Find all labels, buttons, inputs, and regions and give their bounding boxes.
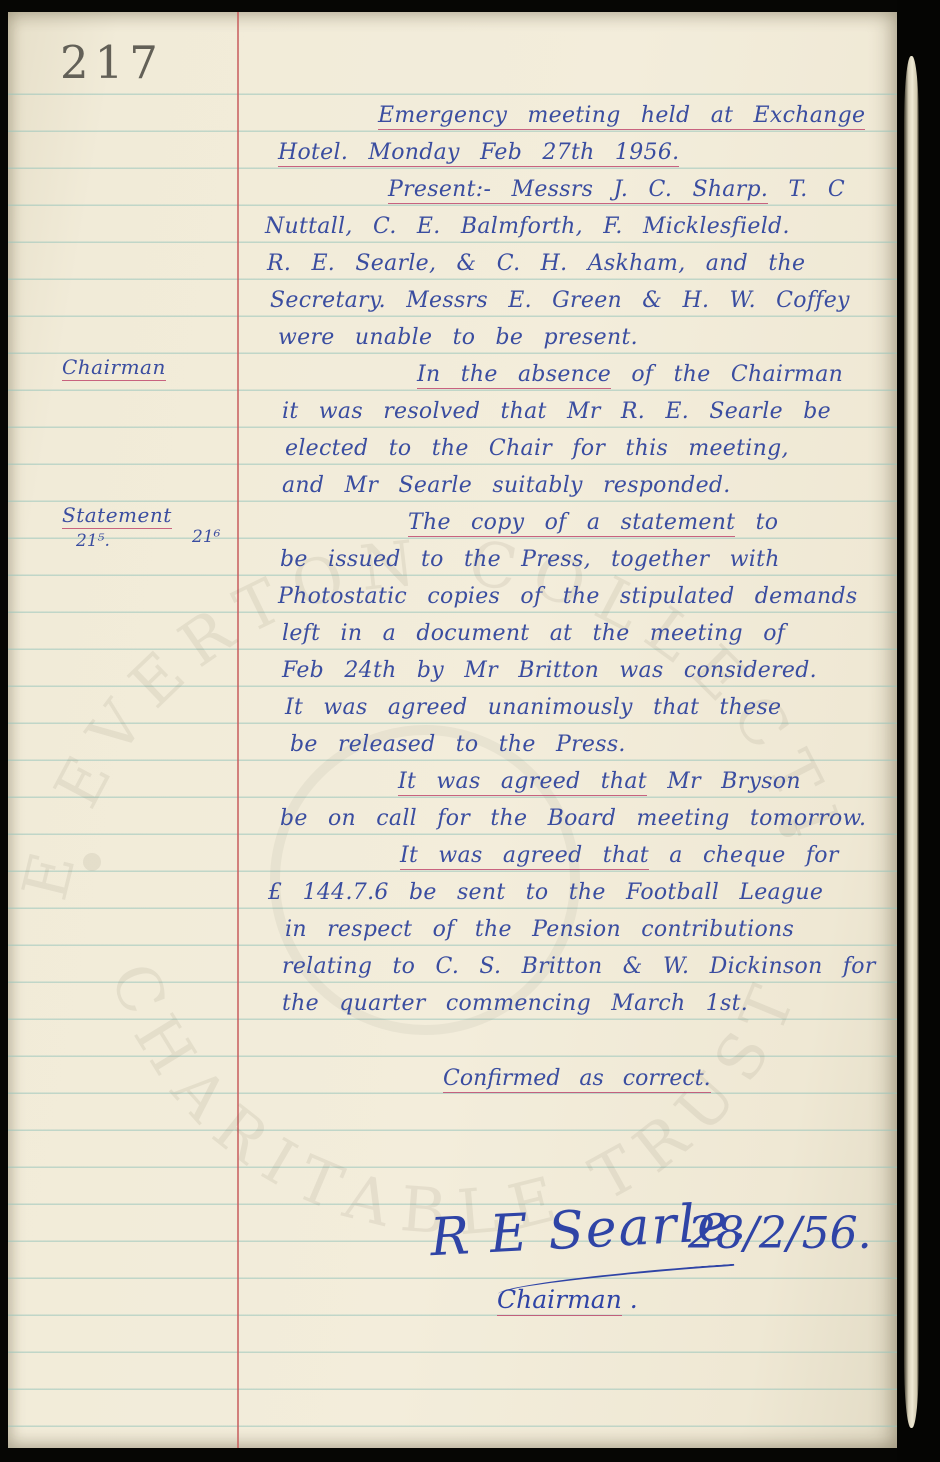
handwriting-line: be issued to the Press, together with: [265, 541, 893, 578]
handwriting-line: in respect of the Pension contributions: [265, 911, 893, 948]
handwriting-line: Emergency meeting held at Exchange: [265, 97, 893, 134]
handwriting-line: elected to the Chair for this meeting,: [265, 430, 893, 467]
handwriting-line: Photostatic copies of the stipulated dem…: [265, 578, 893, 615]
handwriting-line: In the absence of the Chairman: [265, 356, 893, 393]
margin-note-chairman: Chairman: [62, 355, 166, 379]
handwriting-line: Hotel. Monday Feb 27th 1956.: [265, 134, 893, 171]
handwriting-line: It was agreed that a cheque for: [265, 837, 893, 874]
handwriting-line: Present:- Messrs J. C. Sharp. T. C: [265, 171, 893, 208]
signature-role-label: Chairman .: [497, 1285, 638, 1314]
handwriting-line: The copy of a statement to: [265, 504, 893, 541]
confirmed-as-correct-line: Confirmed as correct.: [443, 1066, 711, 1091]
handwriting-line: R. E. Searle, & C. H. Askham, and the: [265, 245, 893, 282]
handwriting-line: It was agreed that Mr Bryson: [265, 763, 893, 800]
handwriting-line: be released to the Press.: [265, 726, 893, 763]
handwriting-line: and Mr Searle suitably responded.: [265, 467, 893, 504]
handwriting-line: relating to C. S. Britton & W. Dickinson…: [265, 948, 893, 985]
handwriting-line: £ 144.7.6 be sent to the Football League: [265, 874, 893, 911]
red-margin-rule: [237, 12, 239, 1448]
handwriting-line: Secretary. Messrs E. Green & H. W. Coffe…: [265, 282, 893, 319]
handwriting-line: left in a document at the meeting of: [265, 615, 893, 652]
page-number-stamp: 217: [60, 36, 164, 89]
handwriting-line: were unable to be present.: [265, 319, 893, 356]
handwriting-line: be on call for the Board meeting tomorro…: [265, 800, 893, 837]
signature-date: 28/2/56.: [688, 1208, 872, 1259]
handwriting-line: the quarter commencing March 1st.: [265, 985, 893, 1022]
handwriting-line: It was agreed unanimously that these: [265, 689, 893, 726]
margin-minute-number-1: 21⁵.: [76, 531, 110, 551]
handwriting-line: it was resolved that Mr R. E. Searle be: [265, 393, 893, 430]
handwriting-line: Feb 24th by Mr Britton was considered.: [265, 652, 893, 689]
handwriting-line: Nuttall, C. E. Balmforth, F. Micklesfiel…: [265, 208, 893, 245]
scanned-minute-book-photo: { "page": { "number": "217" }, "colors":…: [0, 0, 940, 1462]
margin-note-statement: Statement: [62, 503, 172, 527]
margin-minute-number-2: 21⁶: [192, 527, 220, 547]
handwritten-minutes: Emergency meeting held at Exchange Hotel…: [265, 97, 893, 1022]
next-page-edge: [904, 56, 919, 1428]
